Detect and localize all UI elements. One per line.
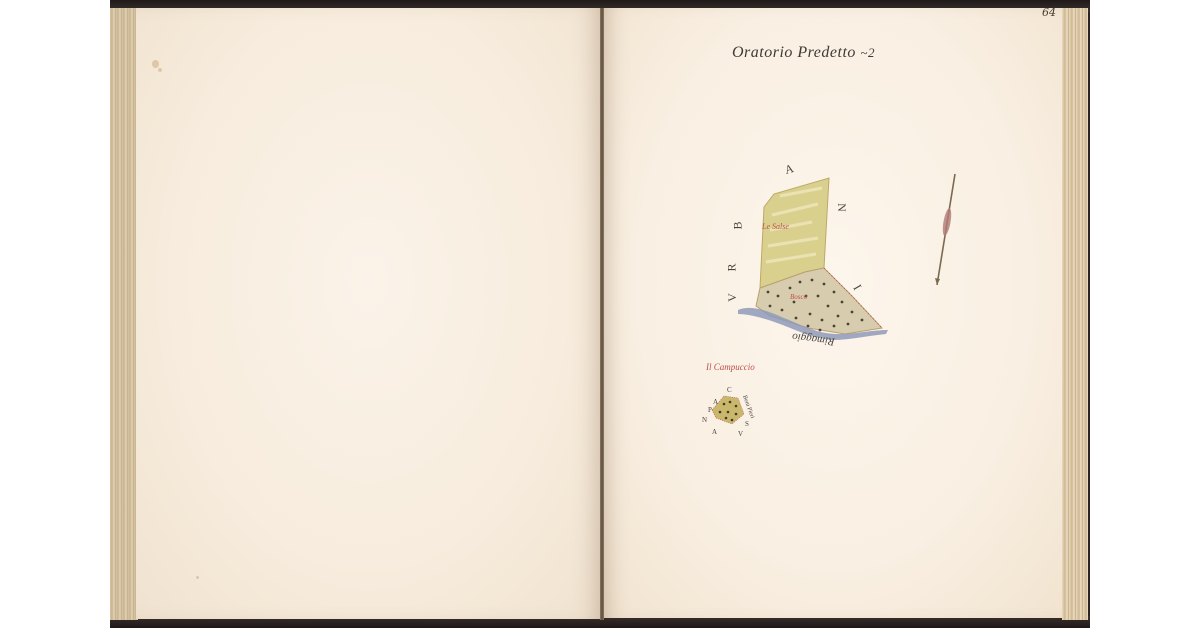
small-border-letter: C [727, 386, 732, 394]
estate-map-small [0, 0, 1200, 628]
scan-viewer: 64 Oratorio Predetto ~2 Le Salse Bosco V… [0, 0, 1200, 628]
small-border-letter: S [745, 420, 749, 428]
small-border-letter: V [738, 430, 743, 438]
small-border-letter: P [708, 406, 712, 414]
small-border-letter: A [712, 428, 717, 436]
small-border-letter: A [713, 398, 718, 406]
small-border-letter: N [702, 416, 707, 424]
